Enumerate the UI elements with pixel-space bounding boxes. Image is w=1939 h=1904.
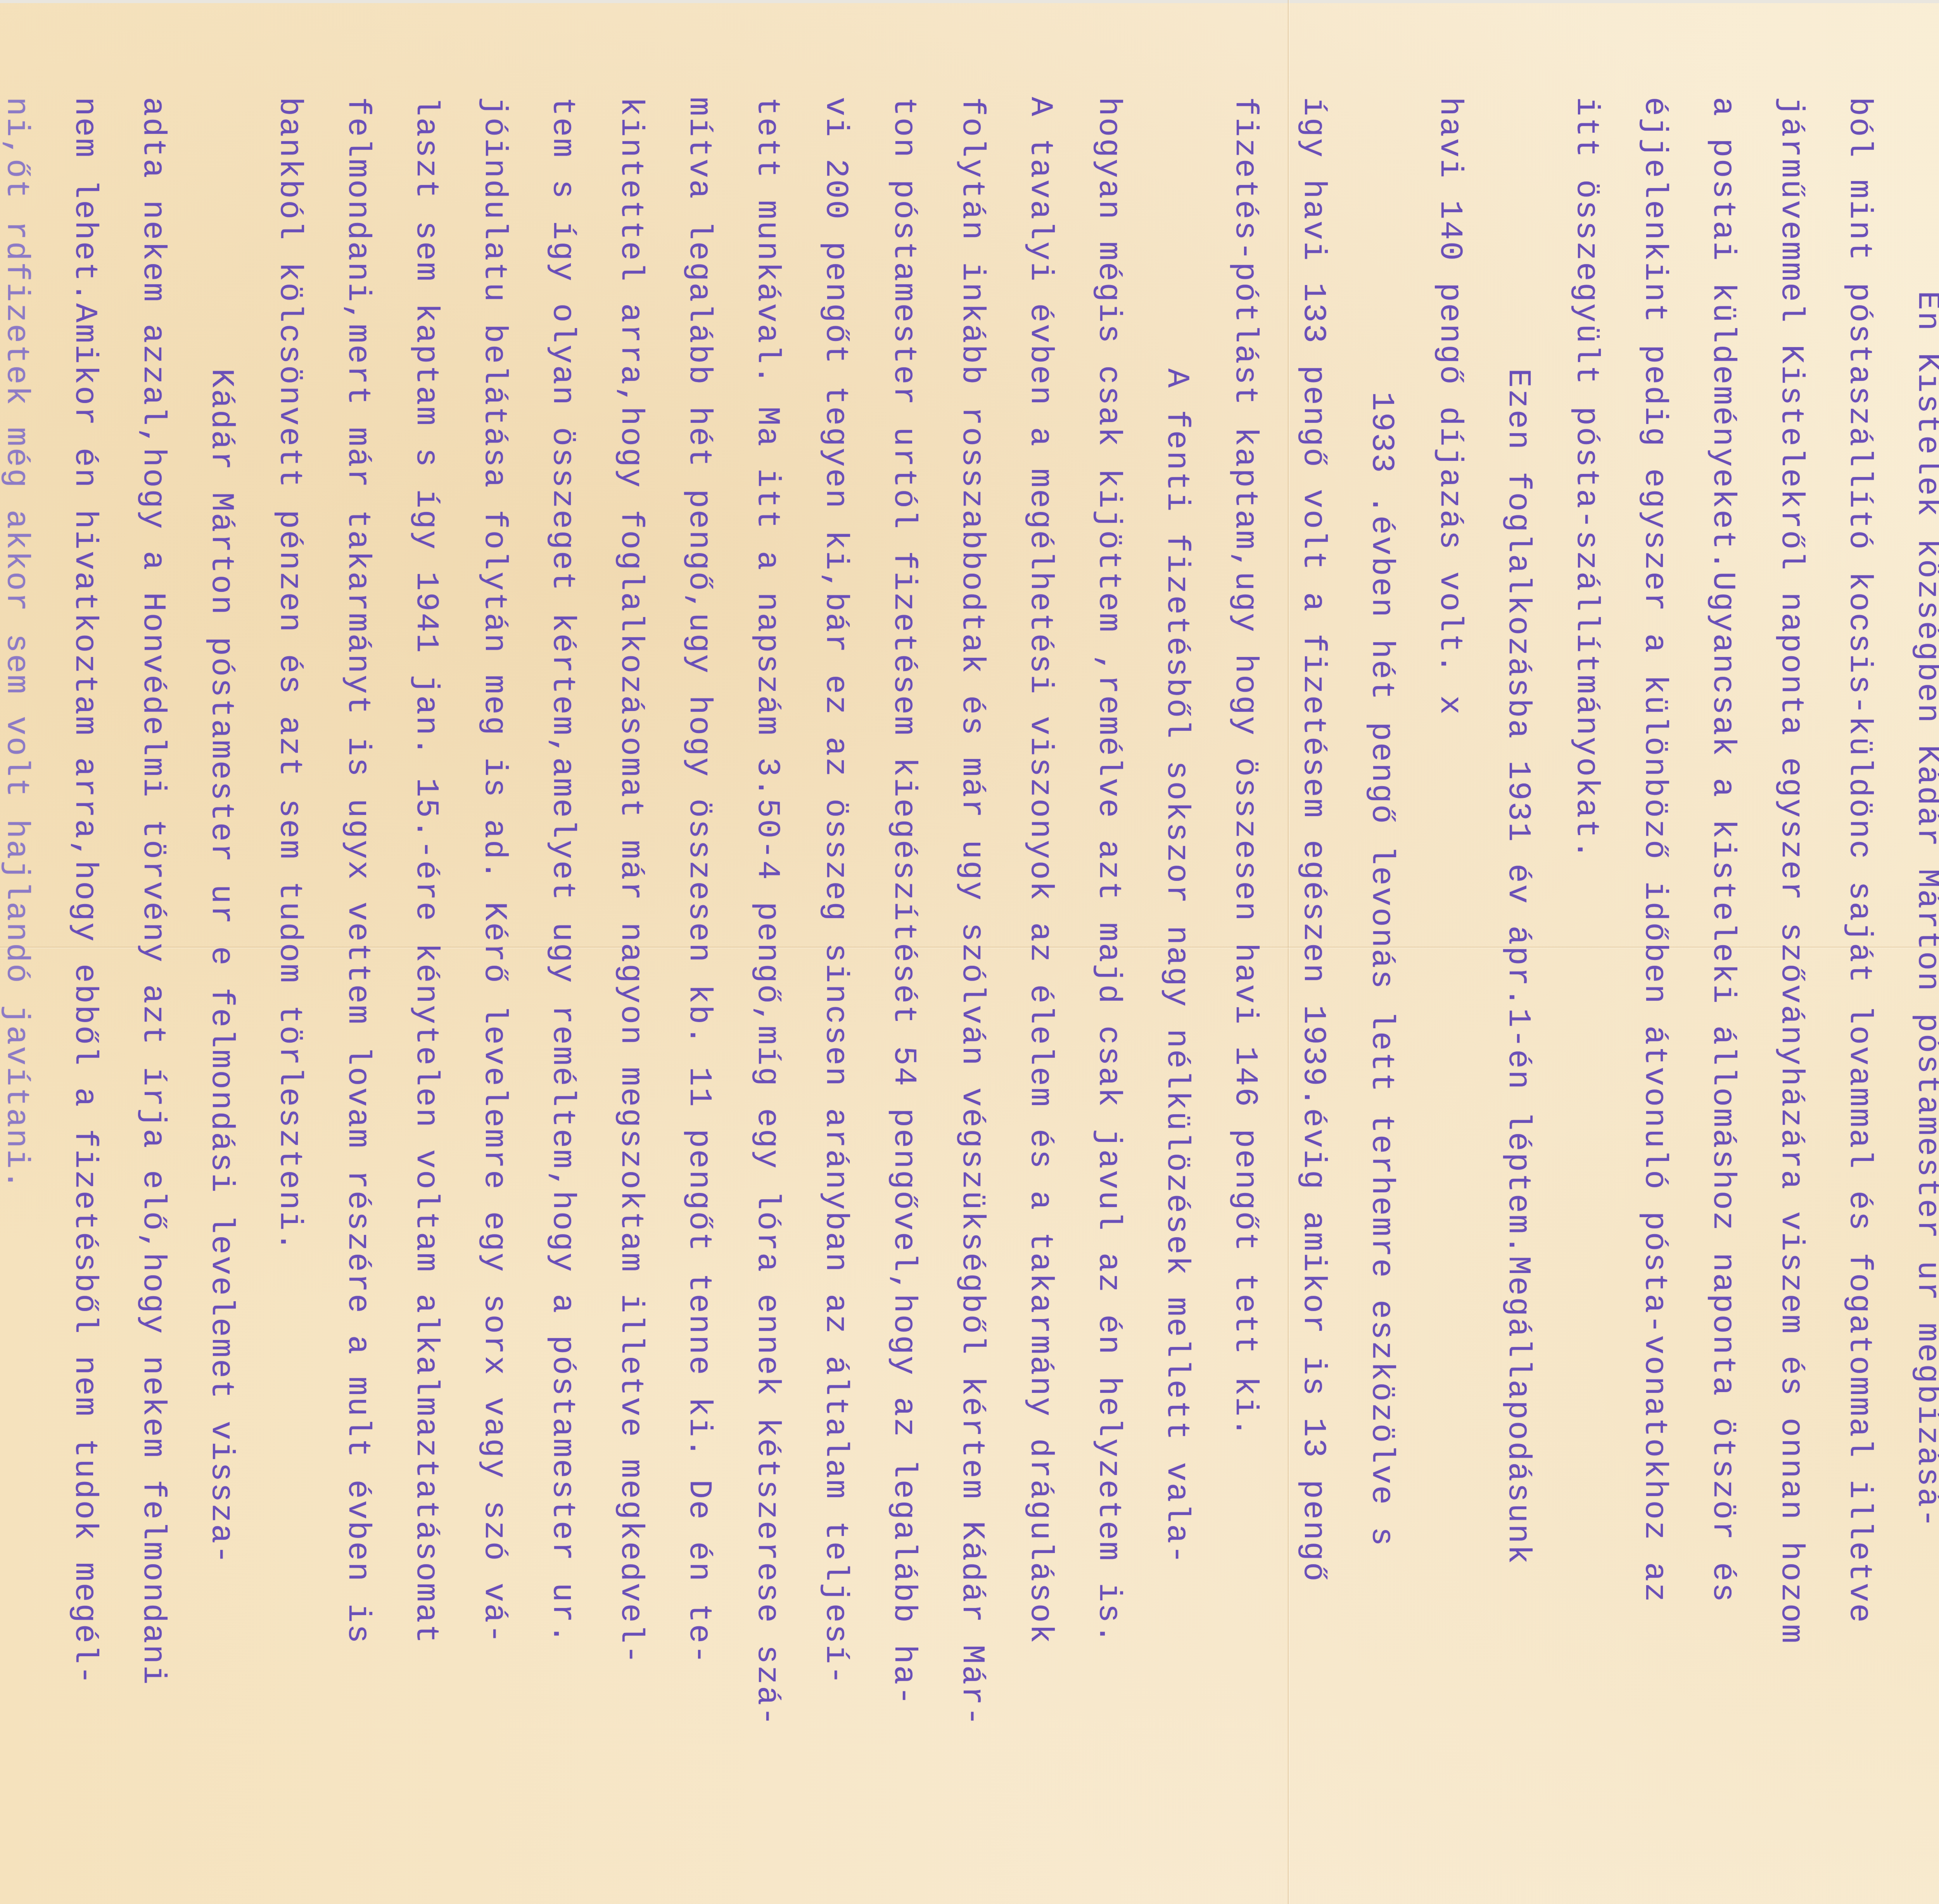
text-line: így havi 133 pengő volt a fizetésem egés… (1279, 97, 1347, 1842)
text-line: 1933 .évben hét pengő levonás lett terhe… (1347, 97, 1415, 1842)
typewritten-letter: Tekintetes M.Kir. Posta igazgatóság! Sze… (213, 97, 1939, 1842)
text-line: itt összegyült pósta-szállítmányokat. (1552, 97, 1620, 1842)
text-line: nem lehet.Amikor én hivatkoztam arra,hog… (50, 97, 119, 1842)
paragraph: Ezen foglalkozásba 1931 év ápr.1-én lépt… (1211, 97, 1552, 1842)
paragraph: Én Kistelek községben Kádár Márton pósta… (1552, 97, 1939, 1842)
text-line: A tavalyi évben a megélhetési viszonyok … (1006, 97, 1074, 1842)
text-line: jóindulatu belátása folytán meg is ad. K… (460, 97, 528, 1842)
text-line: ból mint póstaszállító kocsis-küldönc sa… (1825, 97, 1893, 1842)
text-line: Kádár Márton póstamester ur e felmondási… (187, 97, 255, 1842)
text-line: vi 200 pengőt tegyen ki,bár ez az összeg… (801, 97, 869, 1842)
text-line: fizetés-pótlást kaptam,ugy hogy összesen… (1211, 97, 1279, 1842)
text-line: tett munkával. Ma itt a napszám 3.50-4 p… (733, 97, 801, 1842)
text-line: ton póstamester urtól fizetésem kiegészí… (869, 97, 938, 1842)
text-line: hogyan mégis csak kijöttem ,remélve azt … (1074, 97, 1142, 1842)
text-line: A fenti fizetésből sokszor nagy nélkülöz… (1142, 97, 1211, 1842)
text-line: kintettel arra,hogy foglalkozásomat már … (596, 97, 665, 1842)
paragraph: A fenti fizetésből sokszor nagy nélkülöz… (460, 97, 1211, 1842)
text-line: éjjelenkint pedig egyszer a különböző id… (1620, 97, 1688, 1842)
paragraph: Kádár Márton póstamester ur e felmondási… (0, 97, 255, 1842)
text-line: havi 140 pengő díjazás volt. x (1415, 97, 1484, 1842)
text-line: adta nekem azzal,hogy a Honvédelmi törvé… (119, 97, 187, 1842)
scanned-letter-page: Tekintetes M.Kir. Posta igazgatóság! Sze… (0, 0, 1939, 1904)
text-line: a postai küldeményeket.Ugyancsak a kiste… (1688, 97, 1757, 1842)
text-line: felmondani,mert már takarmányt is ugyx v… (323, 97, 392, 1842)
text-line: mítva legalább hét pengő,ugy hogy összes… (665, 97, 733, 1842)
text-line: folytán inkább rosszabbodtak és már ugy … (938, 97, 1006, 1842)
text-line: Ezen foglalkozásba 1931 év ápr.1-én lépt… (1484, 97, 1552, 1842)
text-line: járművemmel Kistelekről naponta egyszer … (1757, 97, 1825, 1842)
text-line: Én Kistelek községben Kádár Márton pósta… (1893, 97, 1939, 1842)
text-line: bankból kölcsönvett pénzen és azt sem tu… (255, 97, 323, 1842)
text-line: laszt sem kaptam s így 1941 jan. 15.-ére… (392, 97, 460, 1842)
paragraph: laszt sem kaptam s így 1941 jan. 15.-ére… (255, 97, 460, 1842)
text-line: ni,őt rdfizetek még akkor sem volt hajla… (0, 97, 50, 1842)
text-line: tem s így olyan összeget kértem,amelyet … (528, 97, 596, 1842)
scan-top-edge (0, 0, 1939, 3)
